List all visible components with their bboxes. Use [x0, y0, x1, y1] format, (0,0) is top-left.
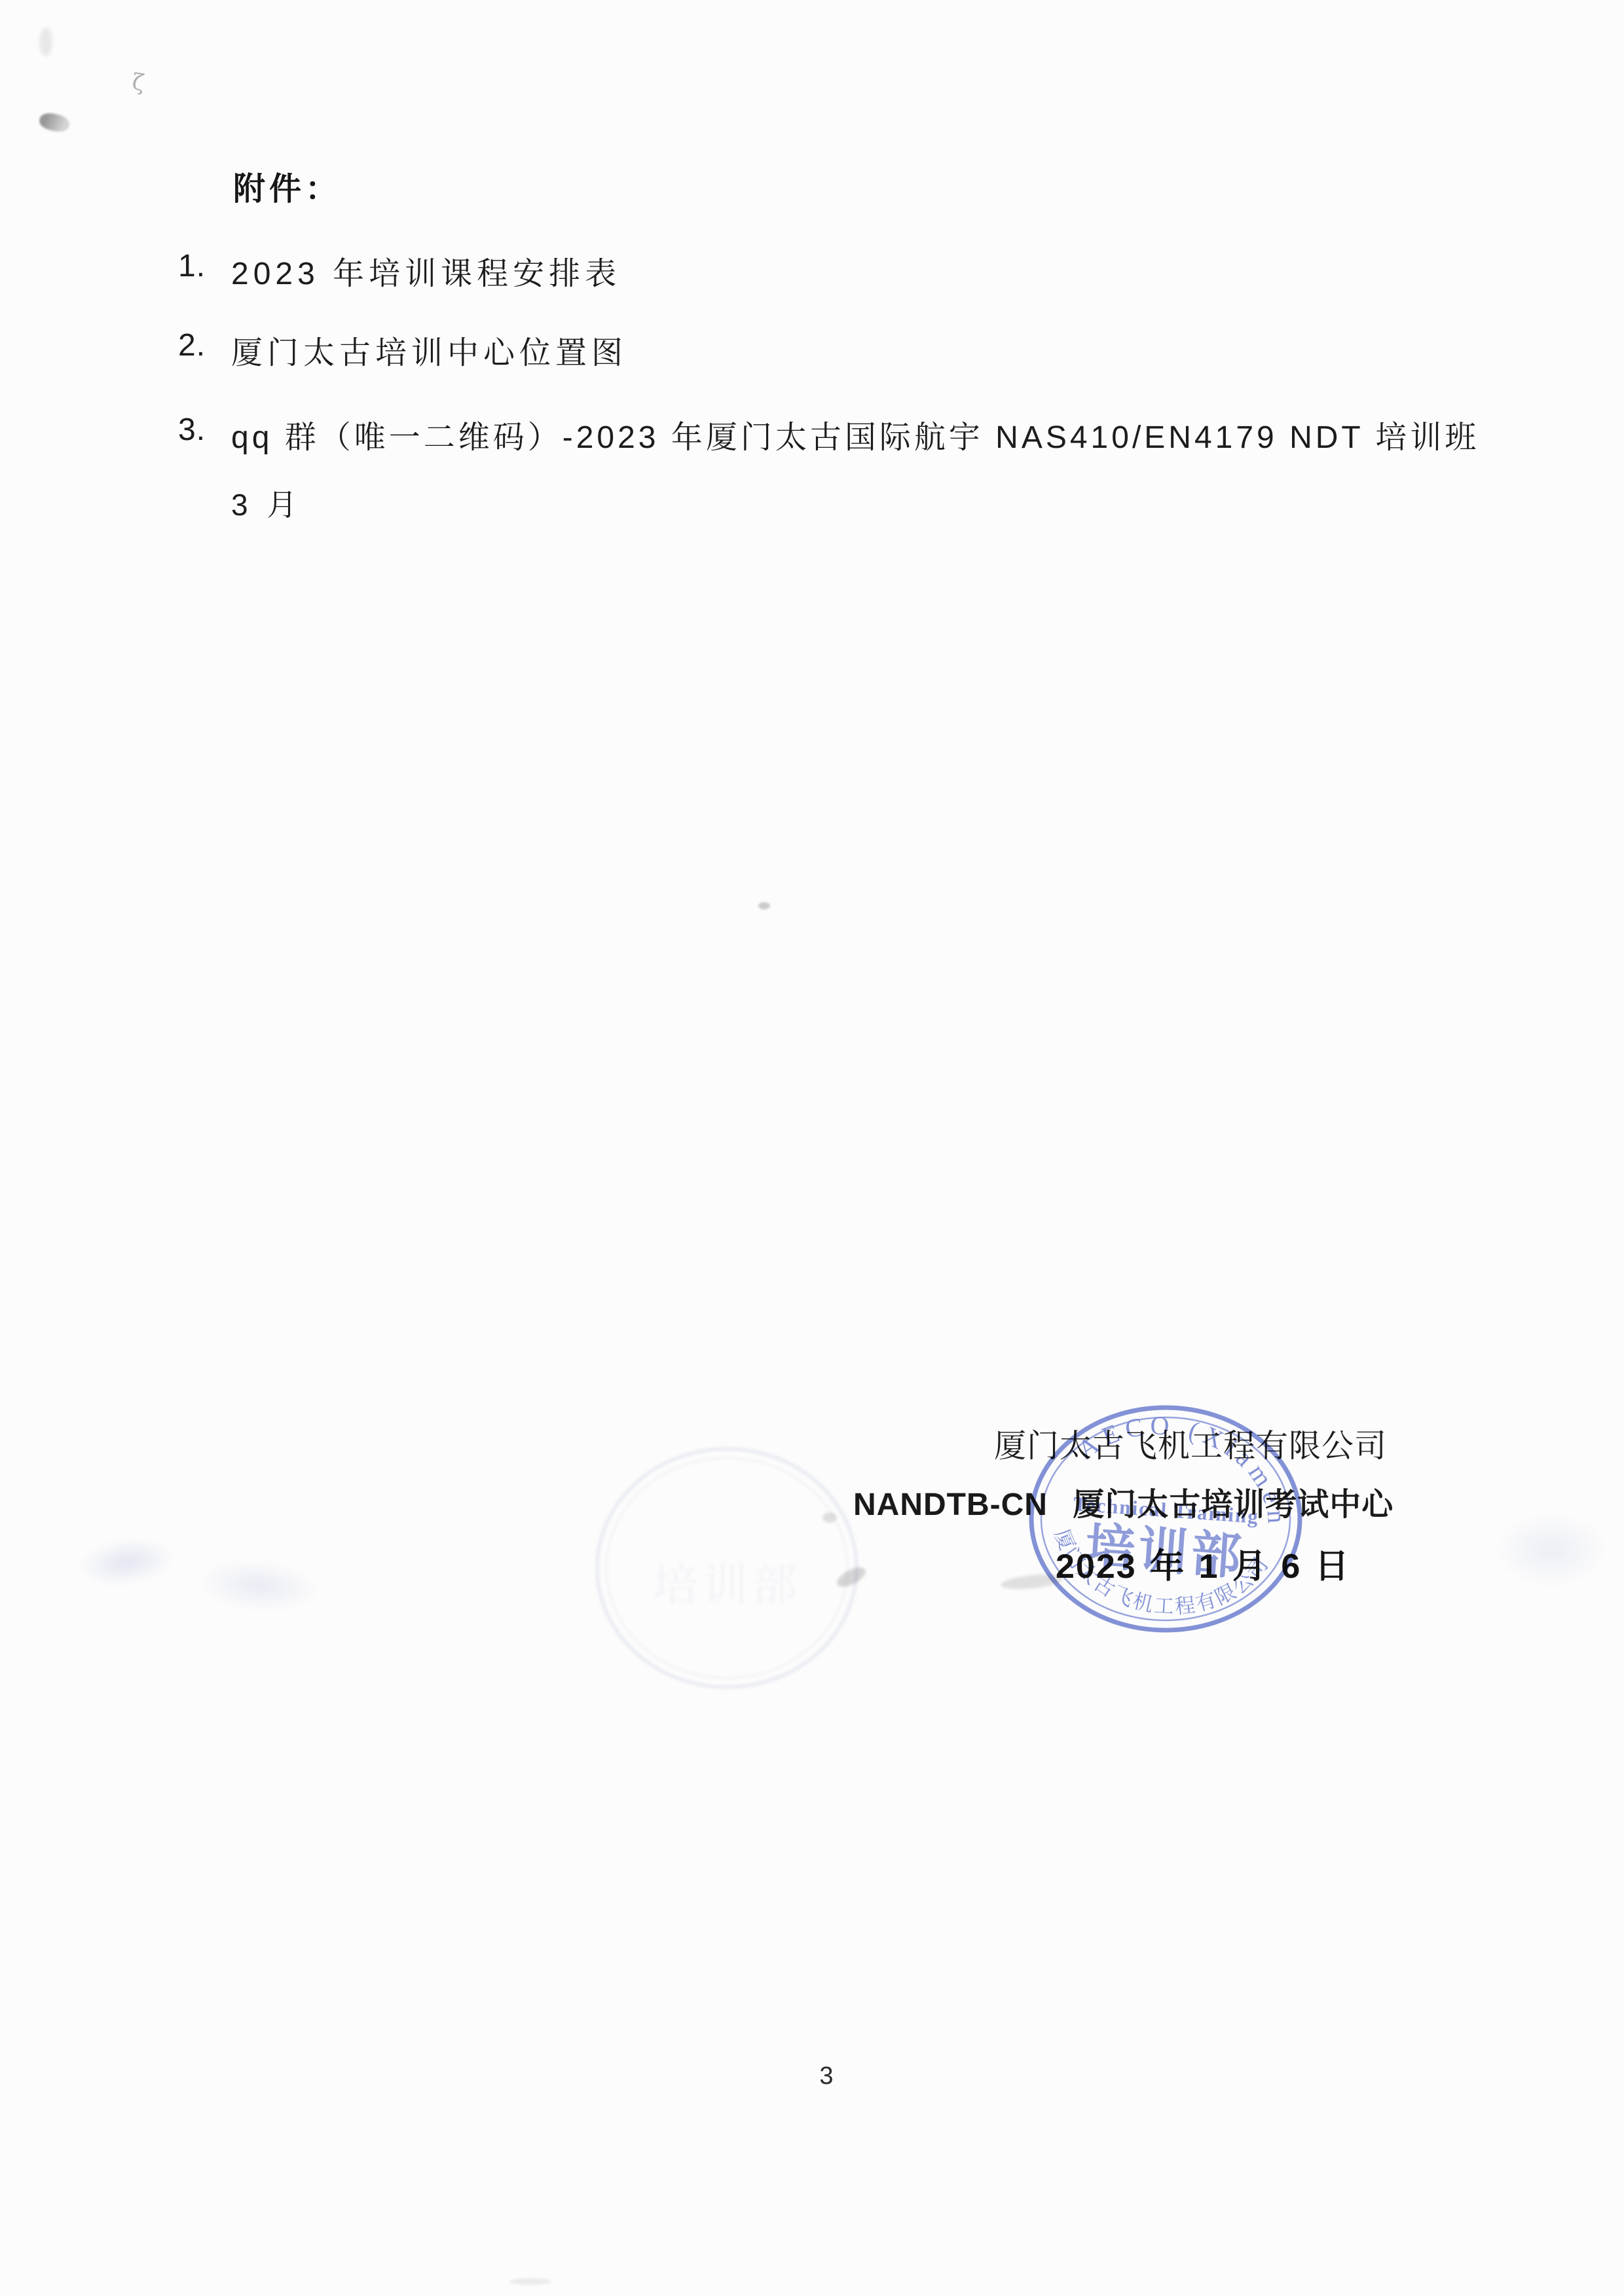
attachment-number: 3.	[178, 412, 231, 457]
attachment-number: 1.	[178, 248, 231, 293]
attachment-item-3-continuation: 3 月	[231, 481, 302, 524]
attachment-item-2: 2.厦门太古培训中心位置图	[178, 327, 627, 373]
attachment-item-1: 1.2023 年培训课程安排表	[178, 248, 621, 293]
faint-ink-scribble	[1494, 1511, 1609, 1588]
company-seal-stamp: HAECO (Xiamen) 厦门太古飞机工程有限公司 Technical Tr…	[1015, 1388, 1316, 1650]
pen-curl-mark: ζ	[130, 69, 146, 96]
pen-smudge	[38, 111, 71, 134]
faint-ink-scribble	[194, 1554, 323, 1617]
attachment-text: 厦门太古培训中心位置图	[231, 327, 627, 373]
scan-dot	[758, 902, 770, 909]
ghost-stamp-center-text: 培训部	[652, 1559, 802, 1611]
attachments-heading: 附件：	[233, 164, 341, 210]
scan-smudge	[509, 2278, 551, 2285]
page-number: 3	[811, 2062, 842, 2090]
stamp-center-cn-text: 培训部	[1083, 1519, 1246, 1586]
attachment-text: 2023 年培训课程安排表	[231, 248, 621, 293]
attachment-number: 2.	[178, 327, 231, 373]
ghost-stamp: 培训部	[576, 1437, 877, 1699]
attachment-item-3: 3.qq 群（唯一二维码）-2023 年厦门太古国际航宇 NAS410/EN41…	[178, 412, 1479, 457]
attachment-text: qq 群（唯一二维码）-2023 年厦门太古国际航宇 NAS410/EN4179…	[231, 412, 1479, 457]
scan-smudge	[39, 27, 52, 56]
faint-ink-scribble	[75, 1532, 179, 1592]
scanned-document-page: ζ 附件： 1.2023 年培训课程安排表 2.厦门太古培训中心位置图 3.qq…	[0, 0, 1624, 2296]
